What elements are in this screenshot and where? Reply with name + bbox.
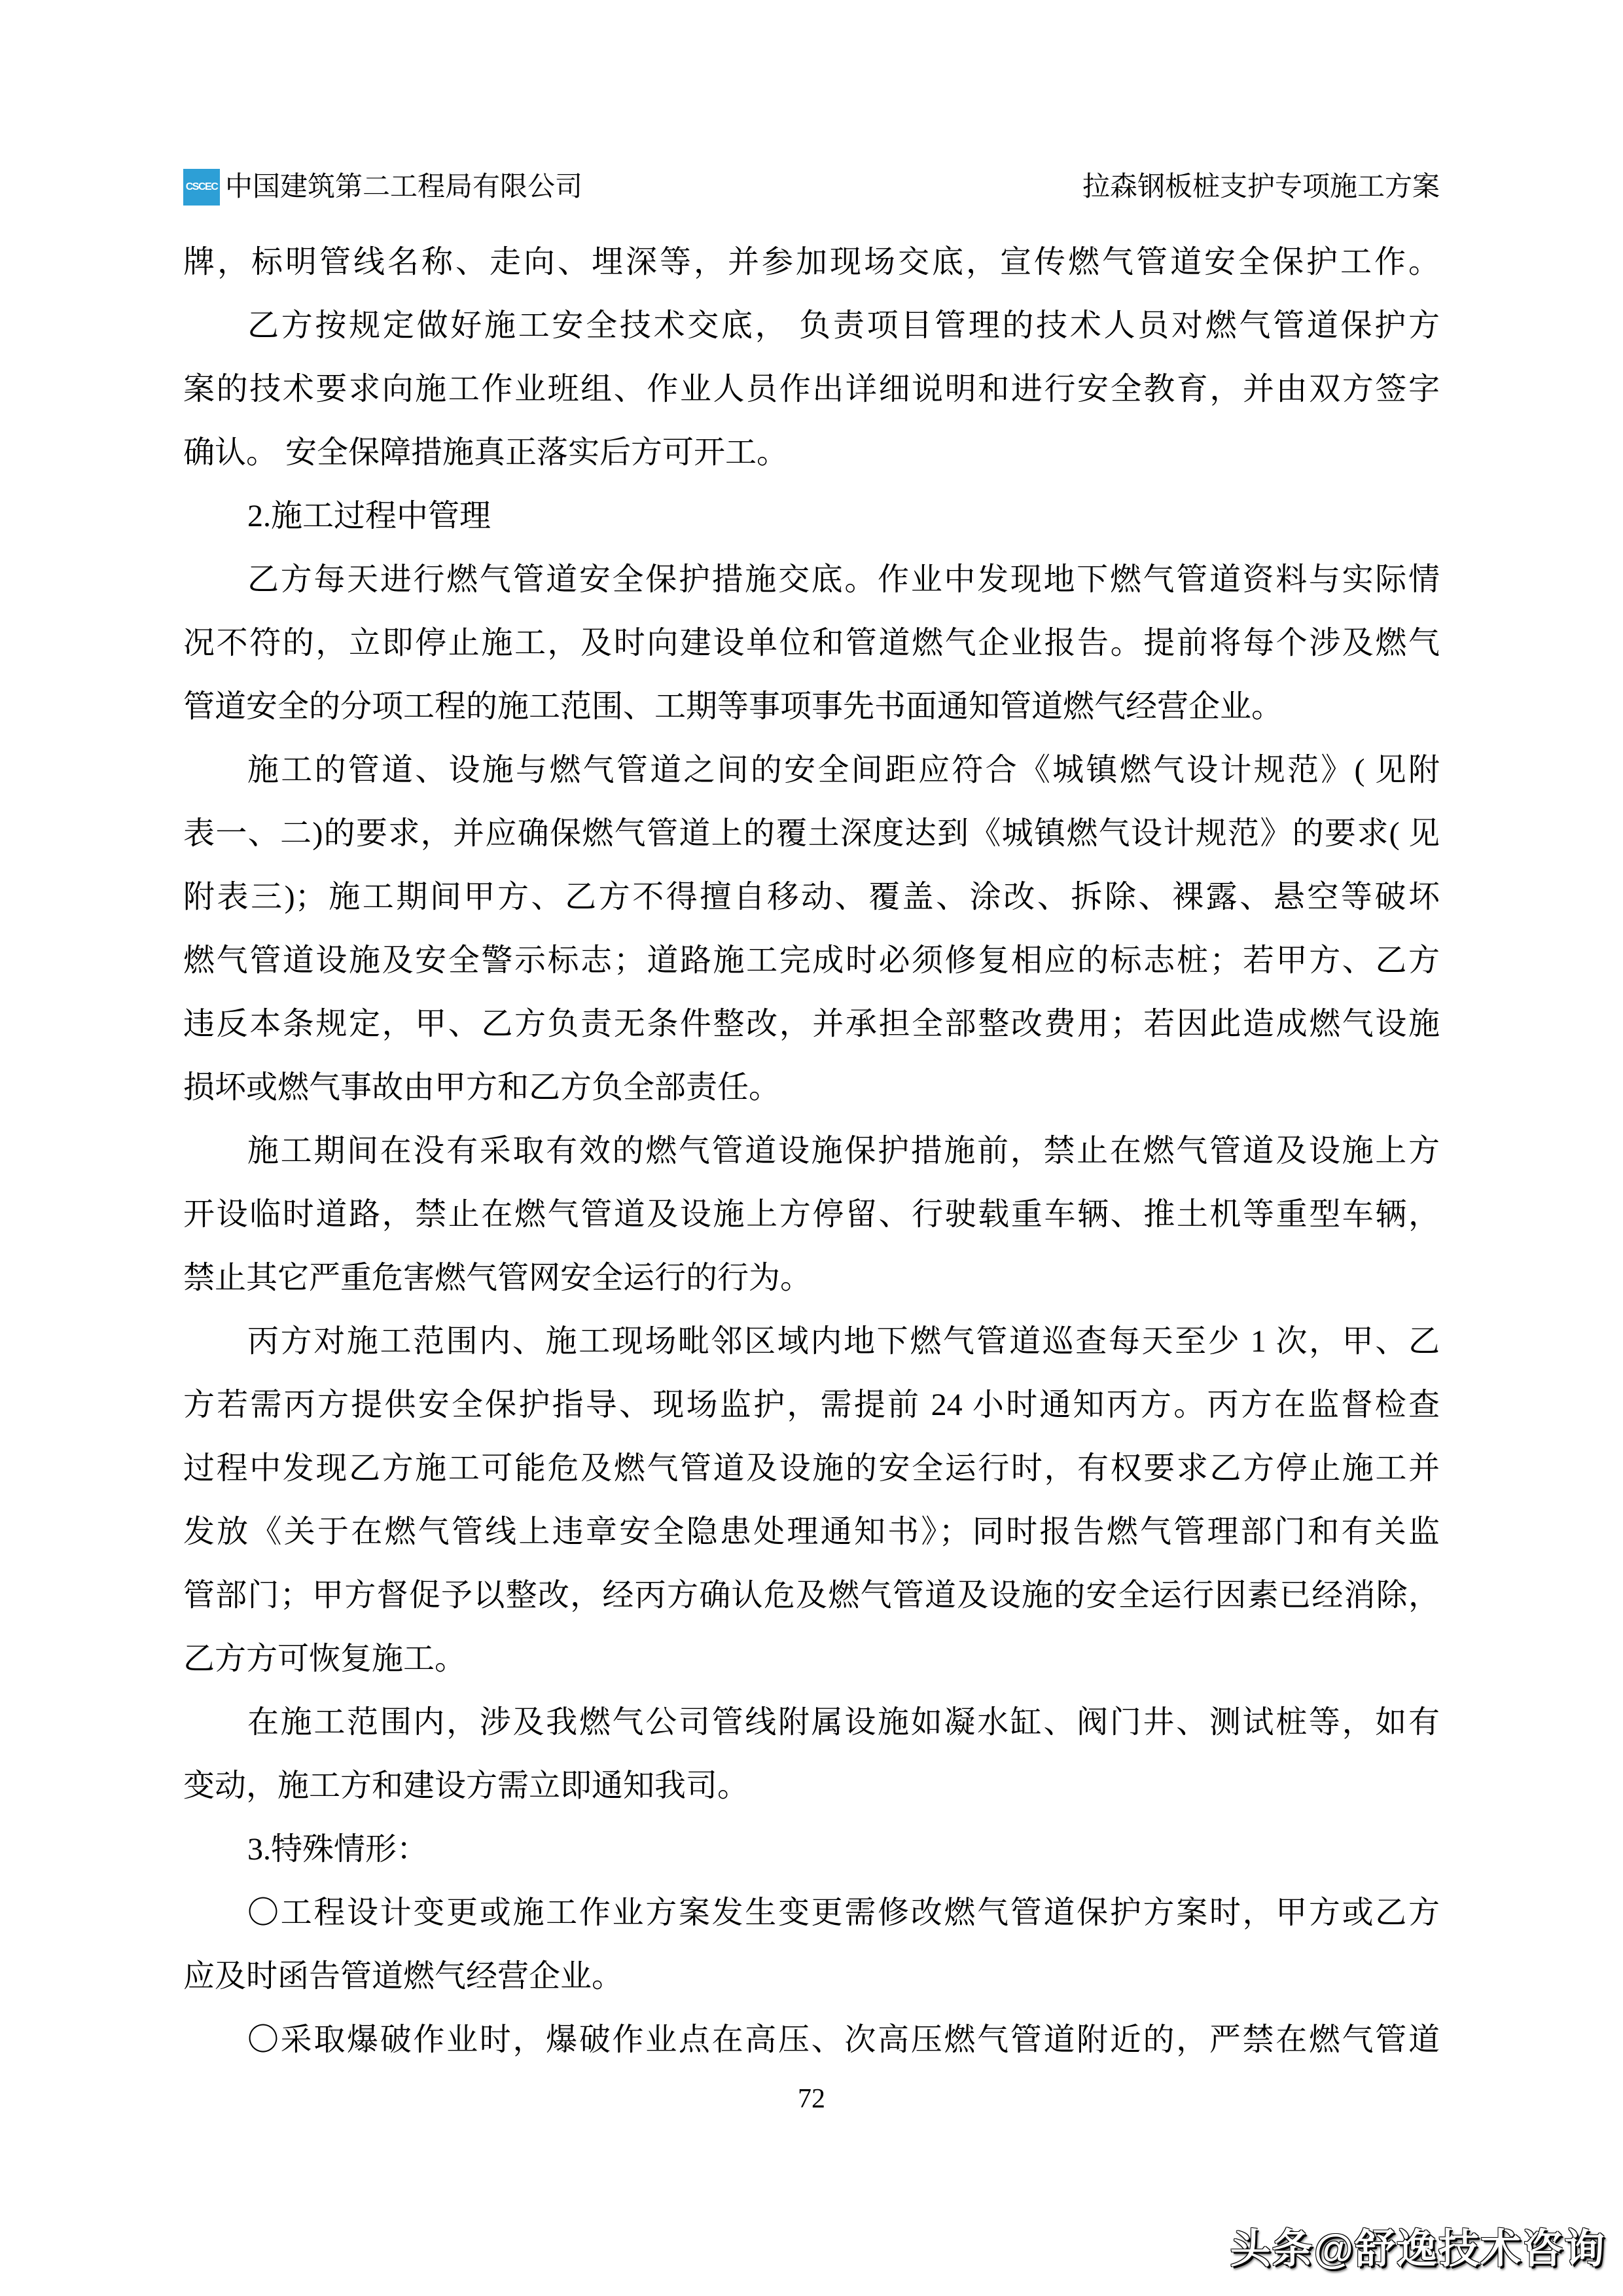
body-text-line: 牌，标明管线名称、走向、埋深等，并参加现场交底，宣传燃气管道安全保护工作。	[183, 230, 1440, 294]
body-text-line: 2.施工过程中管理	[183, 484, 1440, 548]
body-text-line: 表一、二)的要求，并应确保燃气管道上的覆土深度达到《城镇燃气设计规范》的要求( …	[183, 802, 1440, 865]
body-text-line: 施工期间在没有采取有效的燃气管道设施保护措施前，禁止在燃气管道及设施上方	[183, 1119, 1440, 1183]
header-company-block: CSCEC 中国建筑第二工程局有限公司	[183, 168, 582, 207]
body-text-line: 丙方对施工范围内、施工现场毗邻区域内地下燃气管道巡查每天至少 1 次，甲、乙	[183, 1310, 1440, 1373]
body-text-line: 确认。 安全保障措施真正落实后方可开工。	[183, 421, 1440, 484]
body-text-line: 开设临时道路，禁止在燃气管道及设施上方停留、行驶载重车辆、推土机等重型车辆，	[183, 1183, 1440, 1246]
body-text-line: 管部门；甲方督促予以整改，经丙方确认危及燃气管道及设施的安全运行因素已经消除，	[183, 1564, 1440, 1627]
cscec-logo-icon: CSCEC	[183, 169, 220, 206]
page-number: 72	[0, 2083, 1623, 2115]
body-text-line: 施工的管道、设施与燃气管道之间的安全间距应符合《城镇燃气设计规范》( 见附	[183, 738, 1440, 802]
body-text-line: 乙方每天进行燃气管道安全保护措施交底。作业中发现地下燃气管道资料与实际情	[183, 548, 1440, 611]
document-page: CSCEC 中国建筑第二工程局有限公司 拉森钢板桩支护专项施工方案 牌，标明管线…	[0, 0, 1623, 2296]
body-text-line: 管道安全的分项工程的施工范围、工期等事项事先书面通知管道燃气经营企业。	[183, 675, 1440, 738]
body-text-line: 案的技术要求向施工作业班组、作业人员作出详细说明和进行安全教育，并由双方签字	[183, 357, 1440, 421]
body-text-line: 过程中发现乙方施工可能危及燃气管道及设施的安全运行时，有权要求乙方停止施工并	[183, 1437, 1440, 1500]
body-text-line: 乙方方可恢复施工。	[183, 1627, 1440, 1691]
body-text-line: 附表三)；施工期间甲方、乙方不得擅自移动、覆盖、涂改、拆除、裸露、悬空等破坏	[183, 865, 1440, 929]
body-text-line: 发放《关于在燃气管线上违章安全隐患处理通知书》；同时报告燃气管理部门和有关监	[183, 1500, 1440, 1564]
watermark: 头条@舒逸技术咨询	[1230, 2216, 1606, 2274]
body-text-line: 损坏或燃气事故由甲方和乙方负全部责任。	[183, 1056, 1440, 1119]
body-text-line: 〇采取爆破作业时，爆破作业点在高压、次高压燃气管道附近的，严禁在燃气管道	[183, 2008, 1440, 2072]
body-text-line: 变动，施工方和建设方需立即通知我司。	[183, 1754, 1440, 1818]
body-text-line: 应及时函告管道燃气经营企业。	[183, 1945, 1440, 2008]
document-title: 拉森钢板桩支护专项施工方案	[1082, 168, 1440, 207]
body-text-line: 禁止其它严重危害燃气管网安全运行的行为。	[183, 1246, 1440, 1310]
body-text-line: 违反本条规定，甲、乙方负责无条件整改，并承担全部整改费用；若因此造成燃气设施	[183, 992, 1440, 1056]
body-text-line: 〇工程设计变更或施工作业方案发生变更需修改燃气管道保护方案时，甲方或乙方	[183, 1881, 1440, 1945]
page-header: CSCEC 中国建筑第二工程局有限公司 拉森钢板桩支护专项施工方案	[183, 168, 1440, 207]
body-text-line: 燃气管道设施及安全警示标志；道路施工完成时必须修复相应的标志桩；若甲方、乙方	[183, 929, 1440, 992]
company-name: 中国建筑第二工程局有限公司	[225, 168, 582, 207]
body-text-line: 3.特殊情形：	[183, 1818, 1440, 1881]
body-text-line: 况不符的，立即停止施工，及时向建设单位和管道燃气企业报告。提前将每个涉及燃气	[183, 611, 1440, 675]
document-body: 牌，标明管线名称、走向、埋深等，并参加现场交底，宣传燃气管道安全保护工作。乙方按…	[183, 230, 1440, 2072]
body-text-line: 在施工范围内，涉及我燃气公司管线附属设施如凝水缸、阀门井、测试桩等，如有	[183, 1691, 1440, 1754]
body-text-line: 方若需丙方提供安全保护指导、现场监护，需提前 24 小时通知丙方。丙方在监督检查	[183, 1373, 1440, 1437]
body-text-line: 乙方按规定做好施工安全技术交底， 负责项目管理的技术人员对燃气管道保护方	[183, 294, 1440, 357]
